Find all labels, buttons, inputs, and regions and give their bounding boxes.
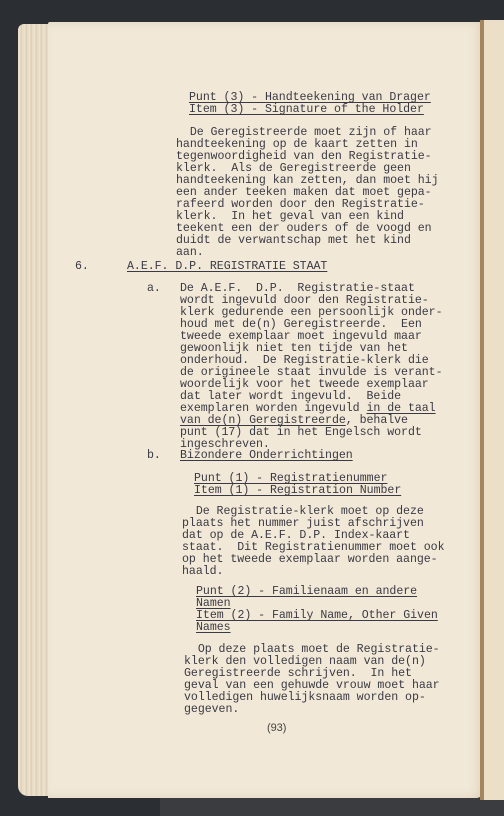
page-number: (93) [267,722,286,734]
item2-heading-en-cont: Names [196,622,231,634]
section-number: 6. [75,261,89,273]
subsection-b-title: Bizondere Onderrichtingen [180,450,353,462]
subsection-b-label: b. [147,450,161,462]
item3-heading-en: Item (3) - Signature of the Holder [189,104,424,116]
background [160,796,504,816]
subsection-a-label: a. [147,283,161,295]
text-line: gegeven. [184,704,239,716]
item1-heading-en: Item (1) - Registration Number [194,485,401,497]
facing-page [484,20,504,800]
item2-heading-en: Item (2) - Family Name, Other Given [196,610,438,622]
text-line: duidt de verwantschap met het kind [176,235,411,247]
text-line: aan. [176,247,204,259]
section-title: A.E.F. D.P. REGISTRATIE STAAT [127,261,327,273]
text-line: haald. [182,566,223,578]
